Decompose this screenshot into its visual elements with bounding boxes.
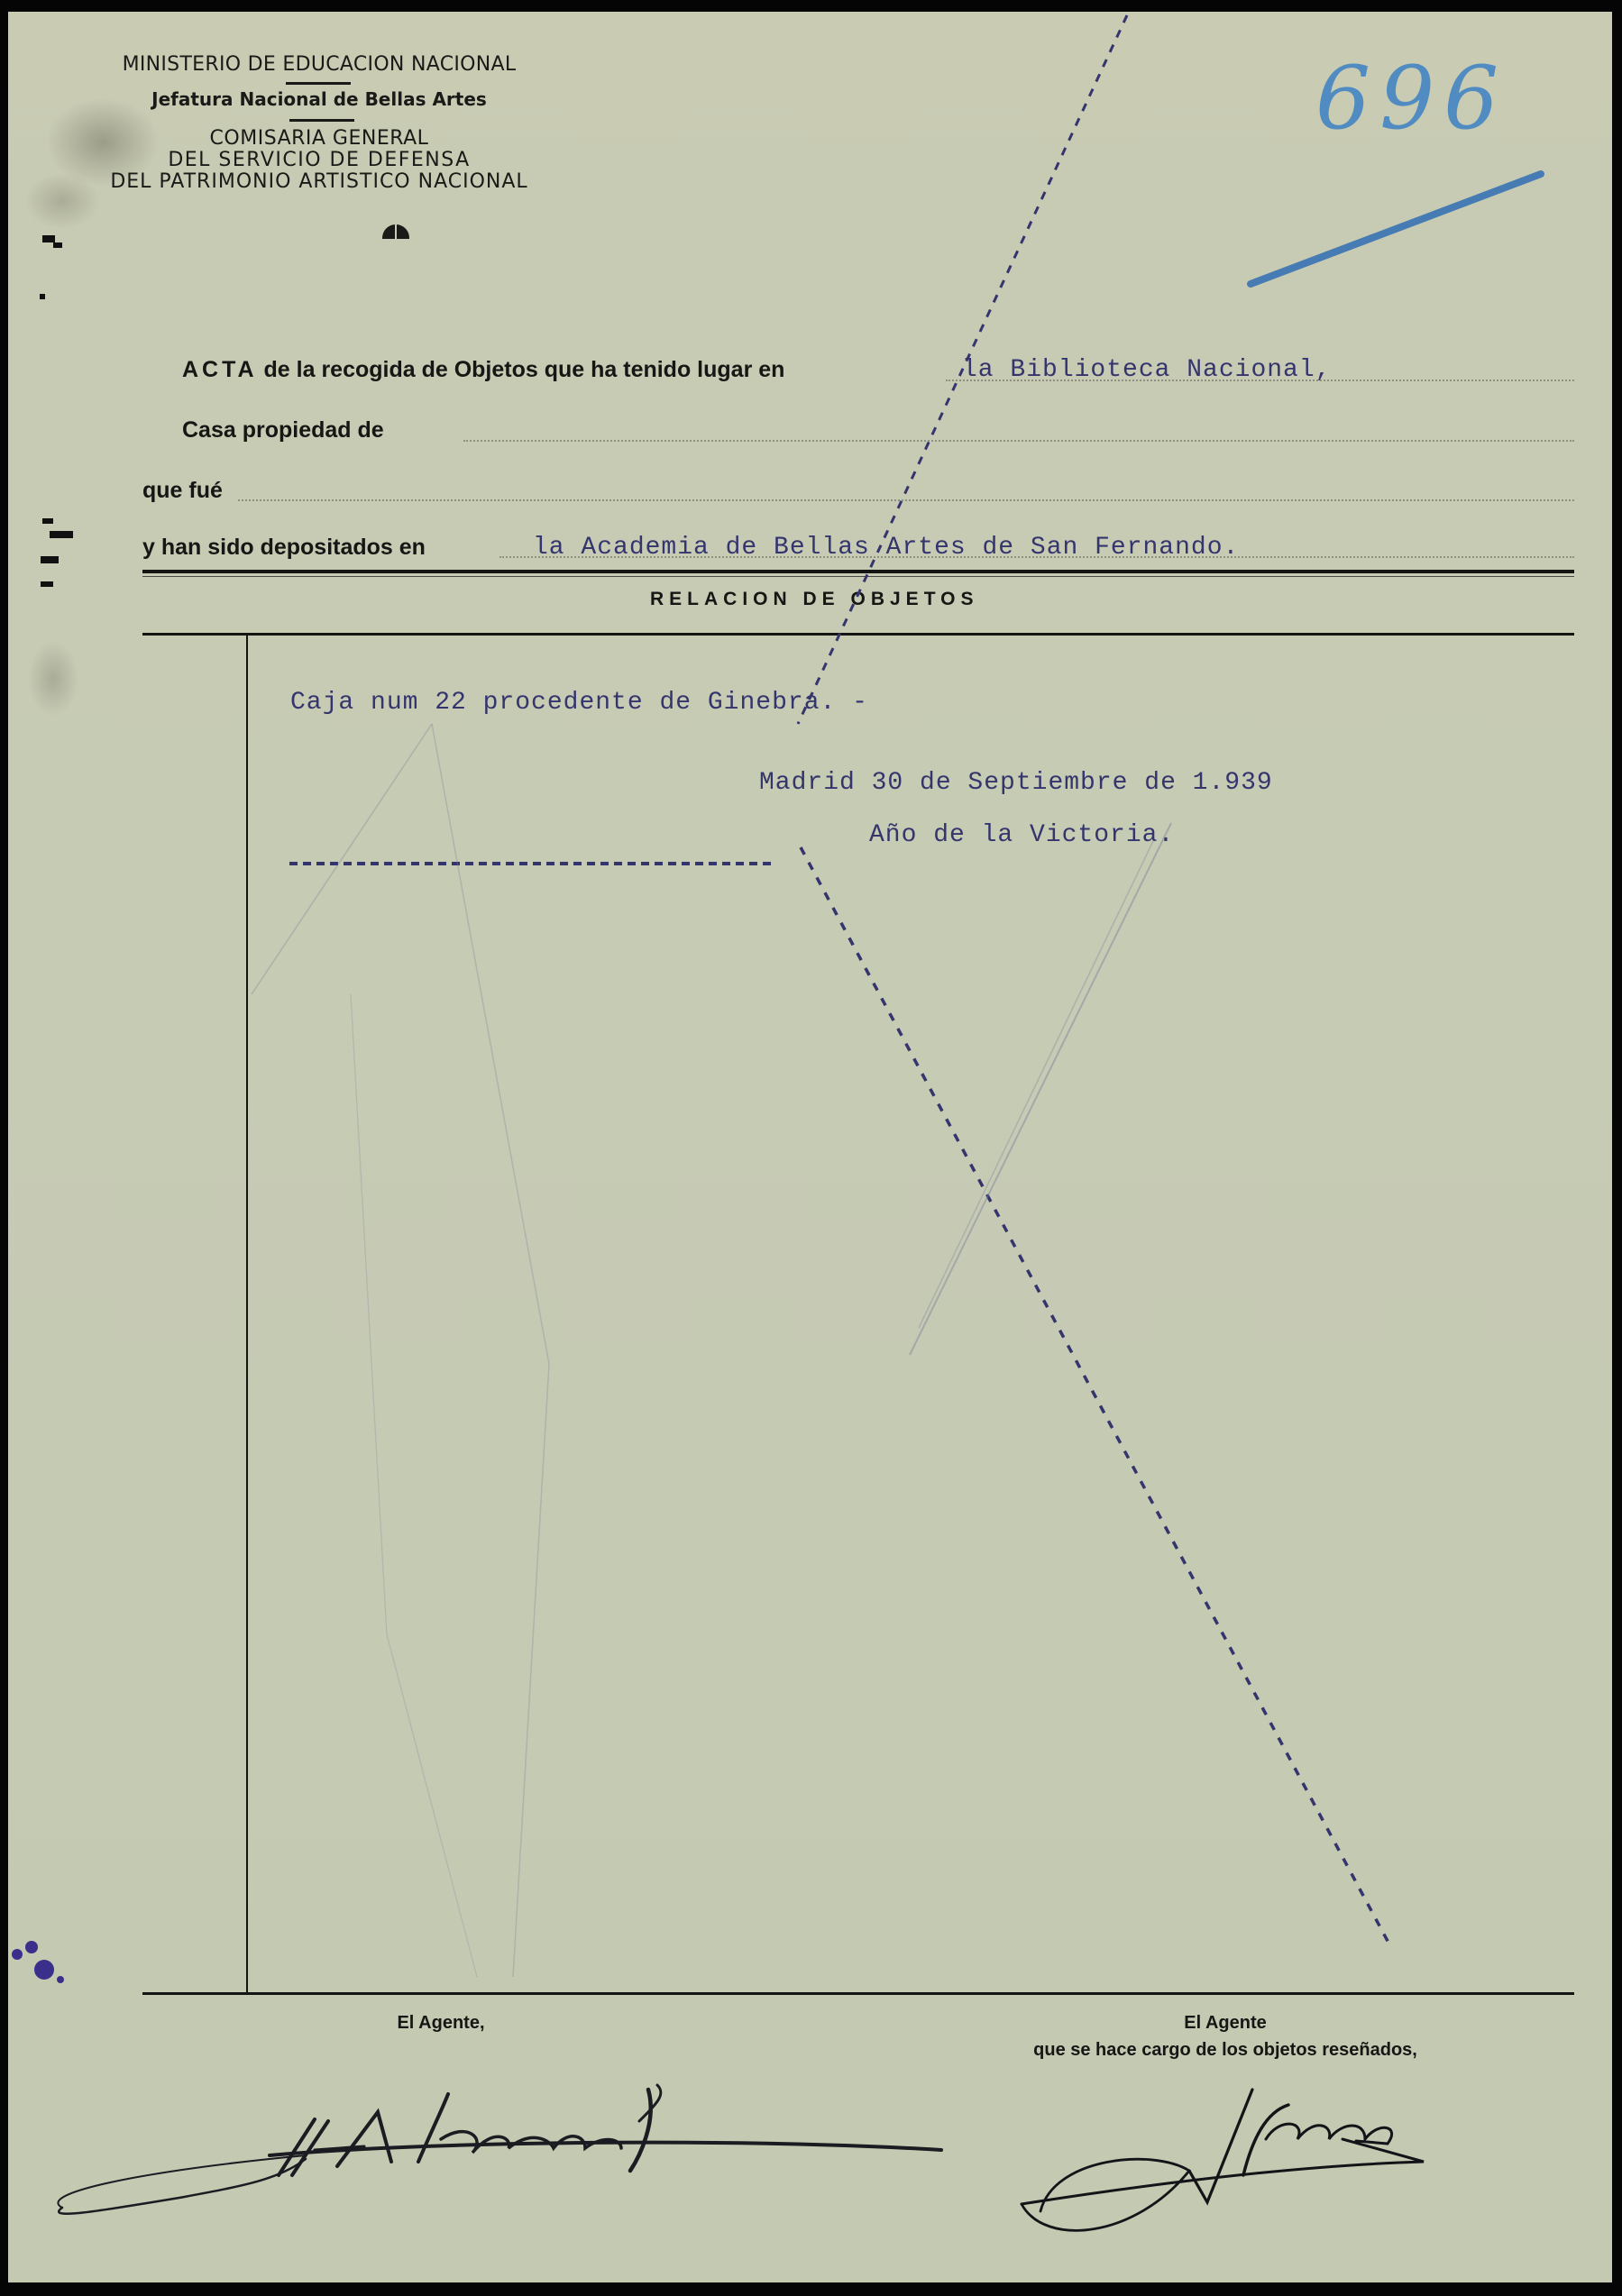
right-signature bbox=[1022, 2090, 1424, 2230]
ink-blot bbox=[25, 1941, 38, 1953]
blue-pencil-underline bbox=[1251, 174, 1541, 284]
punch-mark bbox=[42, 235, 55, 242]
cancel-dashed-line-top bbox=[798, 15, 1127, 724]
left-signature bbox=[58, 2085, 941, 2214]
ink-marks-overlay bbox=[8, 12, 1612, 2282]
document-page: MINISTERIO DE EDUCACION NACIONAL Jefatur… bbox=[8, 12, 1612, 2282]
cancel-dashed-line-diagonal bbox=[801, 847, 1388, 1943]
